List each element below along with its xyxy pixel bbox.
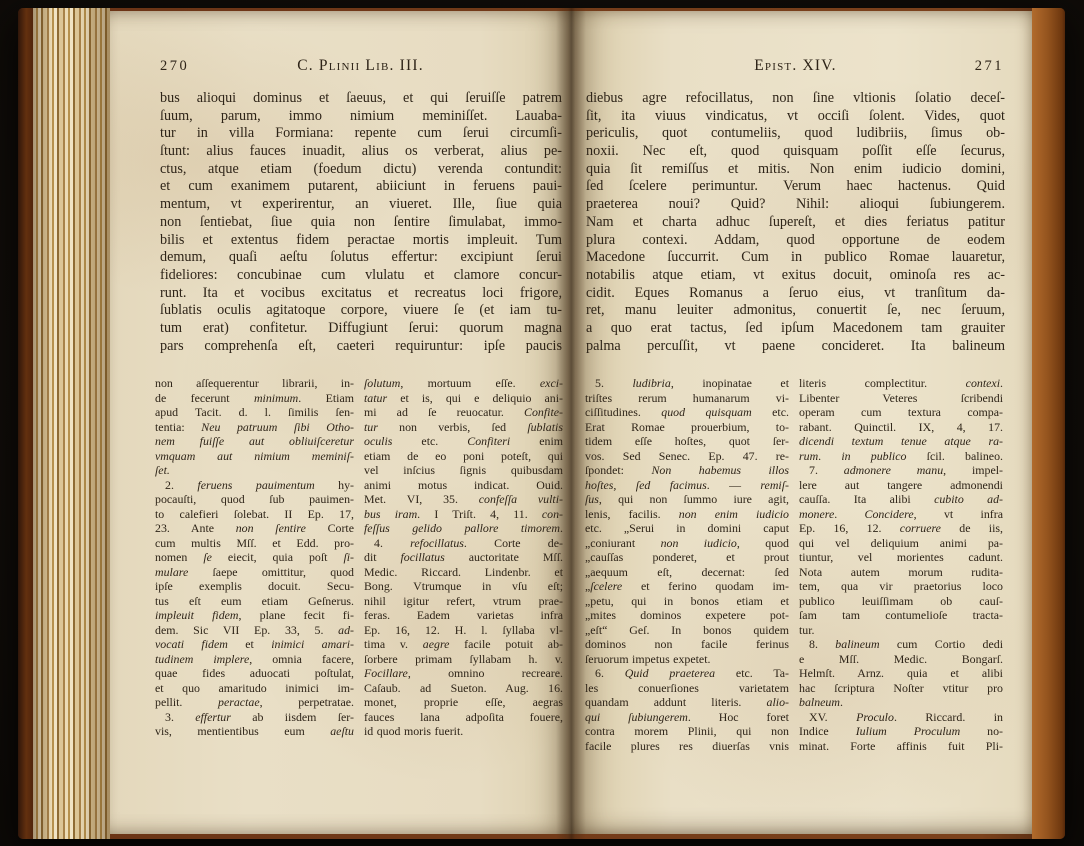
left-footnote-column-2: ſolutum, mortuum eſſe. exci-tatur et is,… [364, 376, 563, 739]
text-line: Libenter Veteres ſcribendi [799, 391, 1003, 406]
text-line: dit focillatus auctoritate Mſſ. [364, 550, 563, 565]
text-line: etiam de eo poni poteſt, qui [364, 449, 563, 464]
text-line: ſit, ita viuus vindicatus, vt occiſi ſol… [586, 108, 1005, 126]
text-line: vmquam aut nimium meminiſ- [155, 449, 354, 464]
text-line: 8. balineum cum Cortio dedi [799, 637, 1003, 652]
text-line: tudinem implere, omnia facere, [155, 652, 354, 667]
text-line: feſſus gelido pallore timorem. [364, 521, 563, 536]
text-line: „eſt“ Geſ. In bonos quidem [585, 623, 789, 638]
left-main-text: bus alioqui dominus et ſaeuus, et qui ſe… [110, 90, 571, 355]
left-footnotes: non aſſequerentur librarii, in-de feceru… [110, 376, 571, 739]
text-line: tur. [799, 623, 1003, 638]
text-line: tem, qua vir praetorius loco [799, 579, 1003, 594]
text-line: vel inſcius ſignis quibusdam [364, 463, 563, 478]
text-line: Caſaub. ad Sueton. Aug. 16. [364, 681, 563, 696]
text-line: publico leuiſſimam ob cauſ- [799, 594, 1003, 609]
text-line: contra morem Plinii, qui non [585, 724, 789, 739]
text-line: ſus, qui non ſummo iure agit, [585, 492, 789, 507]
text-line: demum, quaſi aeſtu ſolutus effertur: exc… [160, 249, 562, 267]
text-line: ſeruorum impetus expetet. [585, 652, 789, 667]
text-line: facile plures res diuerſas vnis [585, 739, 789, 754]
text-line: 2. feruens pauimentum hy- [155, 478, 354, 493]
left-footnote-column-1: non aſſequerentur librarii, in-de feceru… [155, 376, 354, 739]
text-line: etc. „Serui in domini caput [585, 521, 789, 536]
text-line: minat. Forte affinis fuit Pli- [799, 739, 1003, 754]
text-line: monet, proprie eſſe, aegras [364, 695, 563, 710]
text-line: ret, manu leuiter admonitus, conuertit ſ… [586, 302, 1005, 320]
text-line: quae fides aduocati poſtulat, [155, 666, 354, 681]
text-line: lenis, facilis. non enim iudicio [585, 507, 789, 522]
text-line: „coniurant non iudicio, quod [585, 536, 789, 551]
text-line: fauces lana adpoſita fouere, [364, 710, 563, 725]
text-line: rabant. Quinctil. IX, 4, 17. [799, 420, 1003, 435]
text-line: ipſe exemplis docuit. Secu- [155, 579, 354, 594]
page-stack-edges [33, 8, 110, 839]
text-line: vis, mentientibus eum aeſtu [155, 724, 354, 739]
text-line: pocauſti, quod ſub pauimen- [155, 492, 354, 507]
right-page: Epist. XIV. 271 diebus agre refocillatus… [571, 11, 1032, 834]
book-cover-right-edge [1032, 8, 1065, 839]
text-line: hoſtes, ſed facimus. — remiſ- [585, 478, 789, 493]
right-footnote-column-1: 5. ludibria, inopinatae ettriſtes rerum … [585, 376, 789, 753]
text-line: noxii. Nec eſt, quod quisquam poſſit eſſ… [586, 143, 1005, 161]
text-line: tidem eſſe hoſtes, quot ſer- [585, 434, 789, 449]
text-line: bus alioqui dominus et ſaeuus, et qui ſe… [160, 90, 562, 108]
text-line: nem fuiſſe aut obliuiſceretur [155, 434, 354, 449]
right-footnote-column-2: literis complectitur. contexi.Libenter V… [799, 376, 1003, 753]
text-line: oculis etc. Confiteri enim [364, 434, 563, 449]
text-line: 3. effertur ab iisdem ſer- [155, 710, 354, 725]
text-line: pellit. peractae, perpetratae. [155, 695, 354, 710]
text-line: „cauſſas ponderet, et prout [585, 550, 789, 565]
text-line: ſam tam contumelioſe tracta- [799, 608, 1003, 623]
text-line: Ep. 16, 12. H. l. ſyllaba vl- [364, 623, 563, 638]
text-line: tum erat) confitetur. Diffugiunt ſerui: … [160, 320, 562, 338]
text-line: to calefieri ſolebat. II Ep. 17, [155, 507, 354, 522]
photo-background: 270 C. Plinii Lib. III. bus alioqui domi… [0, 0, 1084, 846]
right-main-text: diebus agre refocillatus, non ſine vltio… [571, 90, 1032, 355]
text-line: literis complectitur. contexi. [799, 376, 1003, 391]
text-line: Nota autem morum rudita- [799, 565, 1003, 580]
text-line: Bong. Vtrumque in vſu eſt; [364, 579, 563, 594]
text-line: mentum, vt experirentur, an viueret. Ill… [160, 196, 562, 214]
text-line: id quod moris fuerit. [364, 724, 563, 739]
text-line: qui ſubiungerem. Hoc foret [585, 710, 789, 725]
text-line: quia ſit remiſſus et mitis. Non enim iud… [586, 161, 1005, 179]
text-line: mulare ſaepe omittitur, quod [155, 565, 354, 580]
text-line: impleuit fidem, plane fecit fi- [155, 608, 354, 623]
text-line: Focillare, omnino recreare. [364, 666, 563, 681]
text-line: diebus agre refocillatus, non ſine vltio… [586, 90, 1005, 108]
text-line: Nam et charta adhuc ſupereſt, et dies fe… [586, 214, 1005, 232]
text-line: ſorbere primam ſyllabam h. v. [364, 652, 563, 667]
text-line: praeterea noui? Quid? Nihil: alioqui ſub… [586, 196, 1005, 214]
text-line: Indice Iulium Proculum no- [799, 724, 1003, 739]
text-line: balneum. [799, 695, 1003, 710]
right-page-header: Epist. XIV. 271 [571, 57, 1032, 77]
text-line: 6. Quid praeterea etc. Ta- [585, 666, 789, 681]
text-line: XV. Proculo. Riccard. in [799, 710, 1003, 725]
book-cover-left-edge [18, 8, 33, 839]
text-line: nihil igitur refert, vtrum prae- [364, 594, 563, 609]
text-line: de fecerunt minimum. Etiam [155, 391, 354, 406]
text-line: ſublatis oculis agitatoque corpore, viue… [160, 302, 562, 320]
text-line: ſuum, parum, immo nimium meminiſſet. Lau… [160, 108, 562, 126]
text-line: bus iram. I Triſt. 4, 11. con- [364, 507, 563, 522]
text-line: ſet. [155, 463, 354, 478]
text-line: a quo erat tactus, ſed ipſum Macedonem t… [586, 320, 1005, 338]
text-line: Medic. Riccard. Lindenbr. et [364, 565, 563, 580]
text-line: cidit. Eques Romanus a ſeruo eius, vt tr… [586, 285, 1005, 303]
text-line: Helmſt. Arnz. quia et alibi [799, 666, 1003, 681]
text-line: les conuerſiones varietatem [585, 681, 789, 696]
text-line: bilis et extentus fidem peractae mortis … [160, 232, 562, 250]
text-line: Met. VI, 35. confeſſa vulti- [364, 492, 563, 507]
text-line: dominos non facile ferinus [585, 637, 789, 652]
text-line: operam cum textura compa- [799, 405, 1003, 420]
right-footnotes: 5. ludibria, inopinatae ettriſtes rerum … [571, 376, 1032, 753]
text-line: 4. refocillatus. Corte de- [364, 536, 563, 551]
text-line: dem. Sic VII Ep. 33, 5. ad- [155, 623, 354, 638]
text-line: ciſſitudines. quod quisquam etc. [585, 405, 789, 420]
text-line: tima v. aegre facile potuit ab- [364, 637, 563, 652]
text-line: hac ſcriptura Noſter vtitur pro [799, 681, 1003, 696]
text-line: animi motus indicat. Ouid. [364, 478, 563, 493]
text-line: nomen ſe eiecit, quia poſt ſi- [155, 550, 354, 565]
text-line: 23. Ante non ſentire Corte [155, 521, 354, 536]
text-line: mi ad ſe reuocatur. Confite- [364, 405, 563, 420]
text-line: 5. ludibria, inopinatae et [585, 376, 789, 391]
text-line: tentia: Neu patruum ſibi Otho- [155, 420, 354, 435]
text-line: triſtes rerum humanarum vi- [585, 391, 789, 406]
right-running-title: Epist. XIV. [649, 57, 942, 75]
text-line: tatur et is, qui e deliquio ani- [364, 391, 563, 406]
text-line: vos. Sed Senec. Ep. 47. re- [585, 449, 789, 464]
text-line: ſolutum, mortuum eſſe. exci- [364, 376, 563, 391]
text-line: Ep. 16, 12. corruere de iis, [799, 521, 1003, 536]
text-line: „ſcelere et ferino quodam im- [585, 579, 789, 594]
text-line: non ſentiebat, ſiue quia non ſentire ſim… [160, 214, 562, 232]
text-line: periculis, quot contumeliis, quod ludibr… [586, 125, 1005, 143]
left-page: 270 C. Plinii Lib. III. bus alioqui domi… [110, 11, 571, 834]
text-line: tiuntur, vel morientes cadunt. [799, 550, 1003, 565]
text-line: lere aut tangere admonendi [799, 478, 1003, 493]
left-page-number: 270 [160, 58, 222, 75]
text-line: „mites dominos expetere pot- [585, 608, 789, 623]
text-line: fideliores: concubinae cum vlulatu et cl… [160, 267, 562, 285]
text-line: ſtunt: alius fauces inuadit, alius os ve… [160, 143, 562, 161]
text-line: quandam addunt literis. alio- [585, 695, 789, 710]
text-line: e Mſſ. Medic. Bongarſ. [799, 652, 1003, 667]
text-line: feras. Eadem varietas infra [364, 608, 563, 623]
text-line: ſpondet: Non habemus illos [585, 463, 789, 478]
text-line: „aequum eſt, decernat: ſed [585, 565, 789, 580]
text-line: non aſſequerentur librarii, in- [155, 376, 354, 391]
text-line: et quo amaritudo inimici im- [155, 681, 354, 696]
text-line: et cum exanimem putarent, abiiciunt in f… [160, 178, 562, 196]
text-line: palma percuſſit, vt paene concideret. It… [586, 338, 1005, 356]
text-line: „petu, qui in bonos etiam et [585, 594, 789, 609]
text-line: monere. Concidere, vt infra [799, 507, 1003, 522]
text-line: rum. in publico ſcil. balineo. [799, 449, 1003, 464]
text-line: dicendi textum tenue atque ra- [799, 434, 1003, 449]
text-line: tus eſt eum etiam Geſnerus. [155, 594, 354, 609]
text-line: 7. admonere manu, impel- [799, 463, 1003, 478]
text-line: plura contexi. Addam, quod opportune de … [586, 232, 1005, 250]
text-line: Macedone ſuccurrit. Cum in publico Romae… [586, 249, 1005, 267]
text-line: pars comprehenſa eſt, caeteri requiruntu… [160, 338, 562, 356]
text-line: apud Tacit. d. l. ſimilis ſen- [155, 405, 354, 420]
open-book: 270 C. Plinii Lib. III. bus alioqui domi… [18, 8, 1065, 839]
text-line: notabilis atque etiam, vt exitus docuit,… [586, 267, 1005, 285]
text-line: tur in villa Formiana: repente cum ſerui… [160, 125, 562, 143]
text-line: ctus, atque etiam (foedum dictu) verenda… [160, 161, 562, 179]
text-line: Erat Romae prouerbium, to- [585, 420, 789, 435]
text-line: cum multis Mſſ. et Edd. pro- [155, 536, 354, 551]
text-line: cauſſa. Ita alibi cubito ad- [799, 492, 1003, 507]
text-line: runt. Ita et vocibus excitatus et recrea… [160, 285, 562, 303]
text-line: vocati fidem et inimici amari- [155, 637, 354, 652]
text-line: qui vel deliquium animi pa- [799, 536, 1003, 551]
text-line: ſed ſcelere perimuntur. Verum haec hacte… [586, 178, 1005, 196]
text-line: tur non verbis, ſed ſublatis [364, 420, 563, 435]
right-page-number: 271 [942, 58, 1004, 75]
left-running-title: C. Plinii Lib. III. [222, 57, 499, 75]
left-page-header: 270 C. Plinii Lib. III. [110, 57, 571, 77]
